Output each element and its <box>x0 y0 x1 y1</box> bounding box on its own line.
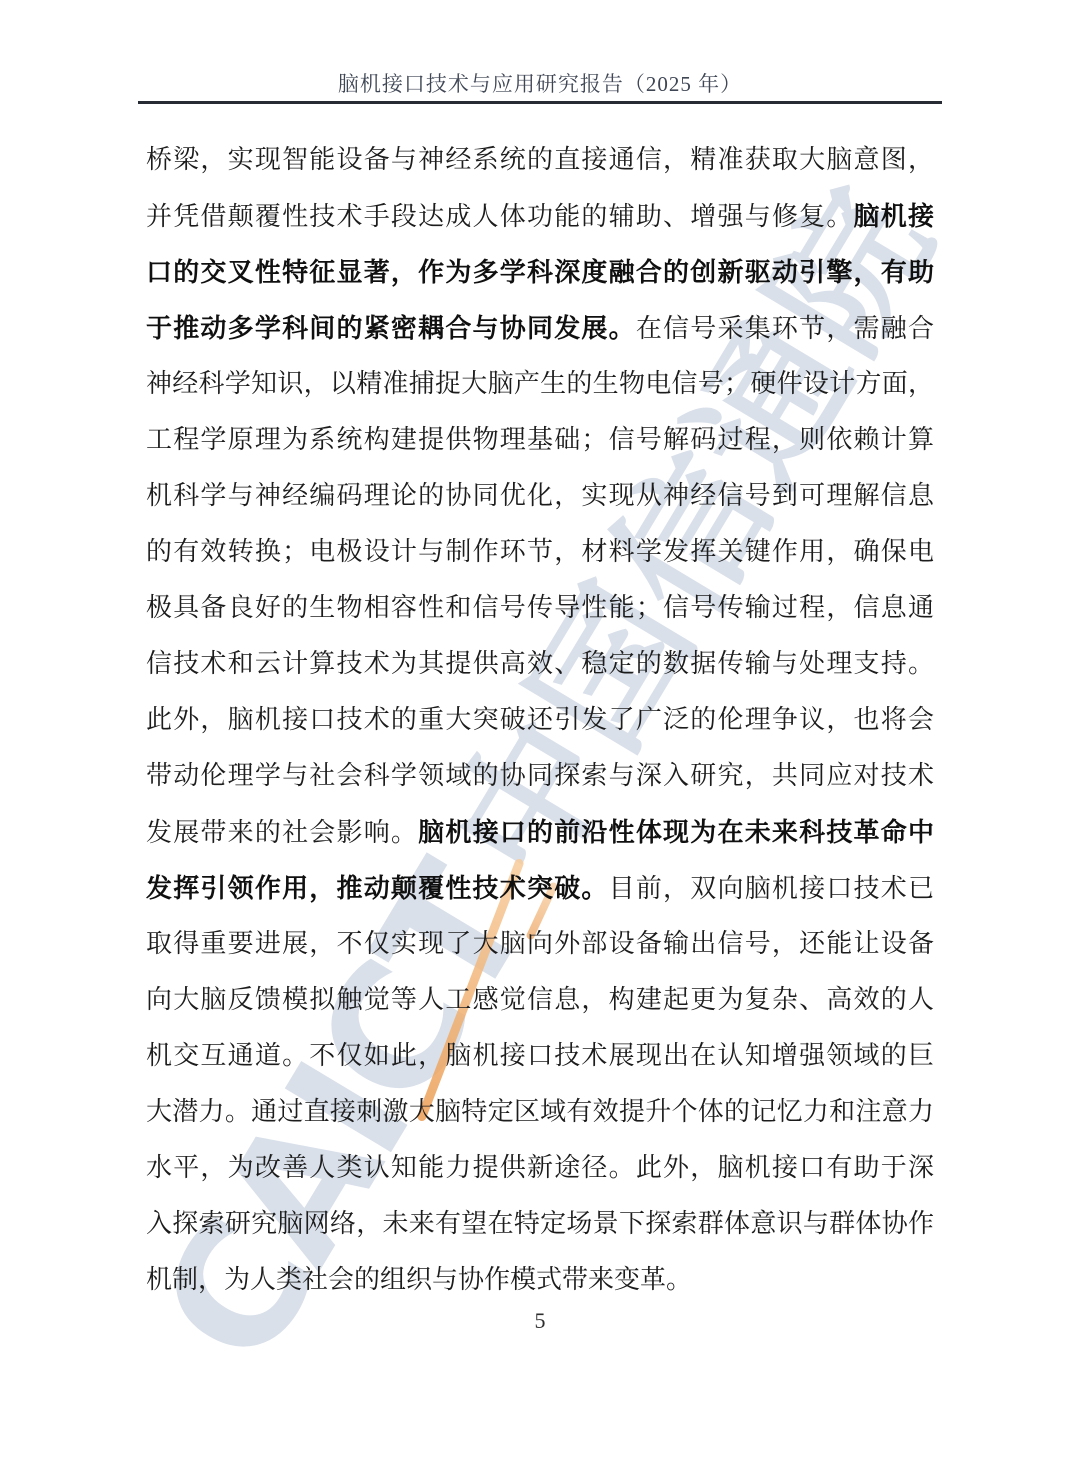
text-line: 信技术和云计算技术为其提供高效、稳定的数据传输与处理支持。 <box>146 636 934 692</box>
bold-text-segment: 发挥引领作用，推动颠覆性技术突破。 <box>146 873 609 903</box>
text-segment: 此外，脑机接口技术的重大突破还引发了广泛的伦理争议，也将会 <box>146 705 934 734</box>
bold-text-segment: 脑机接口的前沿性体现为在未来科技革命中 <box>418 817 934 847</box>
text-line: 此外，脑机接口技术的重大突破还引发了广泛的伦理争议，也将会 <box>146 692 934 748</box>
text-segment: 发展带来的社会影响。 <box>146 818 418 847</box>
bold-text-segment: 脑机接 <box>854 201 934 231</box>
text-line: 入探索研究脑网络，未来有望在特定场景下探索群体意识与群体协作 <box>146 1196 934 1252</box>
text-segment: 向大脑反馈模拟触觉等人工感觉信息，构建起更为复杂、高效的人 <box>146 985 934 1014</box>
text-segment: 极具备良好的生物相容性和信号传导性能；信号传输过程，信息通 <box>146 593 934 622</box>
bold-text-segment: 口的交叉性特征显著，作为多学科深度融合的创新驱动引擎，有助 <box>146 257 934 287</box>
text-segment: 并凭借颠覆性技术手段达成人体功能的辅助、增强与修复。 <box>146 202 854 231</box>
document-page: CAICT 中国信通院 脑机接口技术与应用研究报告（2025 年） 桥梁，实现智… <box>0 0 1080 1466</box>
text-segment: 大潜力。通过直接刺激大脑特定区域有效提升个体的记忆力和注意力 <box>146 1097 934 1126</box>
running-head-title: 脑机接口技术与应用研究报告（2025 年） <box>0 68 1080 98</box>
text-segment: 工程学原理为系统构建提供物理基础；信号解码过程，则依赖计算 <box>146 425 934 454</box>
text-segment: 桥梁，实现智能设备与神经系统的直接通信，精准获取大脑意图， <box>146 145 934 174</box>
text-line: 于推动多学科间的紧密耦合与协同发展。在信号采集环节，需融合 <box>146 300 934 356</box>
text-line: 机制，为人类社会的组织与协作模式带来变革。 <box>146 1252 934 1308</box>
header-rule <box>138 101 942 104</box>
text-segment: 取得重要进展，不仅实现了大脑向外部设备输出信号，还能让设备 <box>146 929 934 958</box>
text-segment: 带动伦理学与社会科学领域的协同探索与深入研究，共同应对技术 <box>146 761 934 790</box>
text-line: 极具备良好的生物相容性和信号传导性能；信号传输过程，信息通 <box>146 580 934 636</box>
text-line: 桥梁，实现智能设备与神经系统的直接通信，精准获取大脑意图， <box>146 132 934 188</box>
text-segment: 神经科学知识，以精准捕捉大脑产生的生物电信号；硬件设计方面， <box>146 369 934 398</box>
text-line: 并凭借颠覆性技术手段达成人体功能的辅助、增强与修复。脑机接 <box>146 188 934 244</box>
text-segment: 目前，双向脑机接口技术已 <box>609 874 934 903</box>
text-segment: 机制，为人类社会的组织与协作模式带来变革。 <box>146 1265 692 1294</box>
page-number: 5 <box>0 1308 1080 1334</box>
text-segment: 机科学与神经编码理论的协同优化，实现从神经信号到可理解信息 <box>146 481 934 510</box>
text-segment: 信技术和云计算技术为其提供高效、稳定的数据传输与处理支持。 <box>146 649 934 678</box>
text-line: 水平，为改善人类认知能力提供新途径。此外，脑机接口有助于深 <box>146 1140 934 1196</box>
text-line: 口的交叉性特征显著，作为多学科深度融合的创新驱动引擎，有助 <box>146 244 934 300</box>
text-line: 发展带来的社会影响。脑机接口的前沿性体现为在未来科技革命中 <box>146 804 934 860</box>
text-segment: 的有效转换；电极设计与制作环节，材料学发挥关键作用，确保电 <box>146 537 934 566</box>
text-line: 机科学与神经编码理论的协同优化，实现从神经信号到可理解信息 <box>146 468 934 524</box>
bold-text-segment: 于推动多学科间的紧密耦合与协同发展。 <box>146 313 636 343</box>
text-line: 工程学原理为系统构建提供物理基础；信号解码过程，则依赖计算 <box>146 412 934 468</box>
text-line: 带动伦理学与社会科学领域的协同探索与深入研究，共同应对技术 <box>146 748 934 804</box>
text-line: 向大脑反馈模拟触觉等人工感觉信息，构建起更为复杂、高效的人 <box>146 972 934 1028</box>
text-segment: 入探索研究脑网络，未来有望在特定场景下探索群体意识与群体协作 <box>146 1209 934 1238</box>
text-line: 大潜力。通过直接刺激大脑特定区域有效提升个体的记忆力和注意力 <box>146 1084 934 1140</box>
text-segment: 机交互通道。不仅如此，脑机接口技术展现出在认知增强领域的巨 <box>146 1041 934 1070</box>
text-line: 神经科学知识，以精准捕捉大脑产生的生物电信号；硬件设计方面， <box>146 356 934 412</box>
text-line: 机交互通道。不仅如此，脑机接口技术展现出在认知增强领域的巨 <box>146 1028 934 1084</box>
text-line: 取得重要进展，不仅实现了大脑向外部设备输出信号，还能让设备 <box>146 916 934 972</box>
text-line: 发挥引领作用，推动颠覆性技术突破。目前，双向脑机接口技术已 <box>146 860 934 916</box>
text-segment: 在信号采集环节，需融合 <box>636 314 934 343</box>
text-line: 的有效转换；电极设计与制作环节，材料学发挥关键作用，确保电 <box>146 524 934 580</box>
body-text: 桥梁，实现智能设备与神经系统的直接通信，精准获取大脑意图，并凭借颠覆性技术手段达… <box>146 132 934 1308</box>
text-segment: 水平，为改善人类认知能力提供新途径。此外，脑机接口有助于深 <box>146 1153 934 1182</box>
